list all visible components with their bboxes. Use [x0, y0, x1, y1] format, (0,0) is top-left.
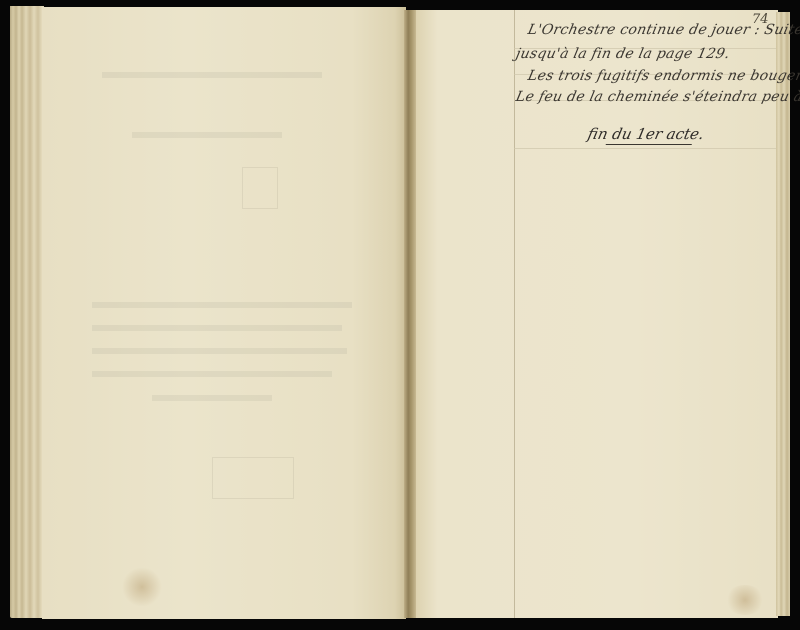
end-of-act-text: fin du 1er acte.: [586, 125, 706, 143]
bleed-through-line: [92, 371, 332, 377]
end-of-act-heading: fin du 1er acte.: [586, 125, 706, 143]
manuscript-line: Le feu de la cheminée s'éteindra peu à p…: [514, 89, 800, 105]
left-page: [42, 7, 406, 619]
bleed-through-line: [92, 325, 342, 331]
manuscript-line: jusqu'à la fin de la page 129.: [514, 46, 731, 62]
paper-stain: [122, 567, 162, 607]
manuscript-scan: 74 L'Orchestre continue de jouer : Suite…: [0, 0, 800, 630]
bleed-through-box: [242, 167, 278, 209]
manuscript-line: Les trois fugitifs endormis ne bougent p…: [526, 68, 800, 84]
paper-stain: [725, 585, 765, 615]
ruled-line: [514, 148, 776, 149]
manuscript-line: L'Orchestre continue de jouer : Suite vo…: [526, 22, 800, 38]
left-page-stack-edges: [10, 6, 44, 618]
bleed-through-line: [92, 302, 352, 308]
bleed-through-line: [132, 132, 282, 138]
bleed-through-line: [102, 72, 322, 78]
end-of-act-underline: [606, 144, 692, 145]
bleed-through-line: [152, 395, 272, 401]
bleed-through-box: [212, 457, 294, 499]
bleed-through-line: [92, 348, 347, 354]
